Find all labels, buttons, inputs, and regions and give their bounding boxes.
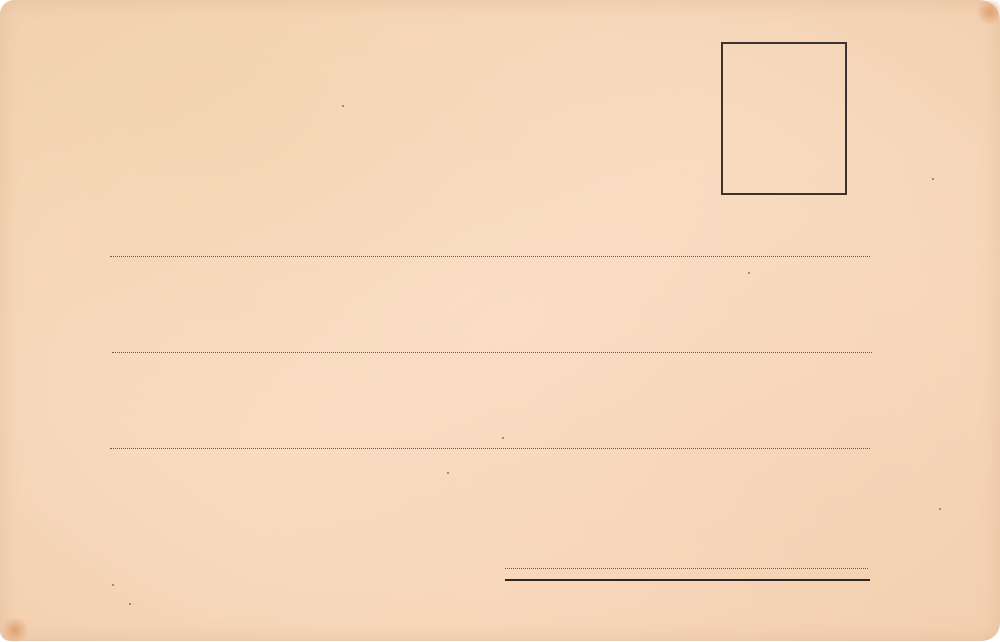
address-line-4 [505,568,868,569]
address-line-3 [110,448,870,449]
corner-wear-bottom-left [0,618,30,641]
paper-speck [447,472,449,474]
paper-speck [342,105,344,107]
stamp-placement-box [721,42,847,195]
corner-wear-top-right [975,0,1000,24]
postcard-back [0,0,1000,641]
paper-speck [932,178,934,180]
address-line-2 [112,352,872,353]
address-line-1 [110,256,870,257]
paper-speck [112,584,114,586]
address-underline-solid [505,579,870,581]
paper-speck [939,508,941,510]
paper-speck [129,603,131,605]
paper-speck [748,272,750,274]
paper-speck [502,437,504,439]
